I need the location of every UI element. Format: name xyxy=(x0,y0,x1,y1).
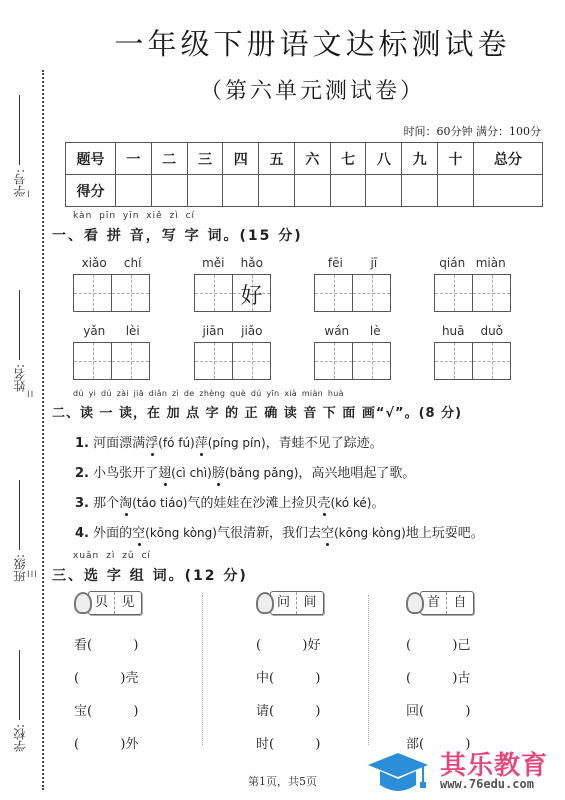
dotted-char: 空 xyxy=(132,526,145,541)
pinyin-options[interactable]: (píng pín) xyxy=(208,436,266,450)
score-header-cell: 七 xyxy=(330,143,366,175)
pinyin-syllable: jiǎo xyxy=(241,324,262,342)
section1-title: 一、看 拼 音，写 字 词。(15 分) xyxy=(52,225,303,245)
choice-char: 问 xyxy=(271,592,297,614)
school-line[interactable] xyxy=(19,650,20,720)
score-cell[interactable] xyxy=(259,175,295,207)
score-header-cell: 六 xyxy=(294,143,330,175)
pinyin-word-box: wánlè xyxy=(314,324,391,380)
pinyin-syllable: yǎn xyxy=(83,324,105,342)
write-cell[interactable] xyxy=(435,275,473,311)
score-row-label: 得分 xyxy=(66,175,116,207)
roman-mark-1: I xyxy=(27,190,31,200)
pinyin-options[interactable]: (kó ké) xyxy=(331,496,372,510)
question-text: 。 xyxy=(371,496,384,511)
question-text: 河面漂满 xyxy=(93,436,145,451)
time-info: 时间：60分钟 满分：100分 xyxy=(404,123,542,139)
name-label: 姓名: xyxy=(11,364,28,392)
fill-item[interactable]: ( )己 xyxy=(406,630,556,661)
write-cell[interactable] xyxy=(112,343,149,379)
student-id-line[interactable] xyxy=(19,95,20,165)
choice-char: 首 xyxy=(421,592,447,614)
question-text: ，高兴地唱起了歌。 xyxy=(298,466,415,481)
section2-pinyin: dú yi dú zài jiā diǎn zì de zhèng què dú… xyxy=(73,389,344,398)
cut-line xyxy=(42,70,44,790)
pinyin-syllable: chí xyxy=(124,256,142,274)
pinyin-word-box: huāduǒ xyxy=(434,324,511,380)
score-header-cell: 总分 xyxy=(473,143,542,175)
question-text: 那个 xyxy=(93,496,119,511)
score-cell[interactable] xyxy=(223,175,259,207)
pinyin-syllable: jiān xyxy=(202,324,224,342)
write-cell[interactable] xyxy=(195,343,233,379)
pinyin-options[interactable]: (bǎng pǎng) xyxy=(225,466,299,480)
lightbulb-icon xyxy=(74,592,92,614)
score-header-cell: 一 xyxy=(116,143,152,175)
pinyin-syllable: lèi xyxy=(126,324,140,342)
cell-char: 好 xyxy=(233,279,270,310)
score-header-cell: 八 xyxy=(366,143,402,175)
dotted-char: 淘 xyxy=(119,496,132,511)
score-cell[interactable] xyxy=(187,175,223,207)
score-cell[interactable] xyxy=(294,175,330,207)
pinyin-syllable: huā xyxy=(442,324,465,342)
choice-chip: 首自 xyxy=(406,590,556,616)
fill-item[interactable]: 中( ) xyxy=(256,663,406,694)
pinyin-syllable: měi xyxy=(202,256,224,274)
pinyin-options[interactable]: (fó fú) xyxy=(158,436,195,450)
school-field[interactable]: 学校: xyxy=(4,650,34,752)
score-cell[interactable] xyxy=(116,175,152,207)
class-line[interactable] xyxy=(19,480,20,550)
column-divider xyxy=(368,595,369,745)
dotted-char: 空 xyxy=(321,526,334,541)
name-field[interactable]: 姓名: xyxy=(4,290,34,392)
word-group: 首自 ( )己 ( )古 回( ) 部( ) xyxy=(406,590,556,760)
column-divider xyxy=(202,595,203,745)
pinyin-word-box: fēijī xyxy=(314,256,391,312)
pinyin-options[interactable]: (táo tiáo) xyxy=(132,496,187,510)
write-cell[interactable] xyxy=(473,343,510,379)
fill-item[interactable]: ( )古 xyxy=(406,663,556,694)
score-header-cell: 十 xyxy=(438,143,474,175)
score-header-cell: 三 xyxy=(187,143,223,175)
pinyin-syllable: fēi xyxy=(328,256,343,274)
choice-char: 见 xyxy=(115,592,141,614)
score-header-cell: 九 xyxy=(402,143,438,175)
question-text: 小鸟张开了 xyxy=(93,466,158,481)
section1-pinyin: kàn pīn yīn xiě zì cí xyxy=(73,211,195,221)
dotted-char: 浮 xyxy=(145,436,158,451)
write-cell[interactable] xyxy=(435,343,473,379)
question-number: 2. xyxy=(75,466,89,481)
binding-strip: 学号: 姓名: 班级: 学校: I II III xyxy=(0,0,48,800)
lightbulb-icon xyxy=(256,592,274,614)
question-number: 3. xyxy=(75,496,89,511)
write-cell[interactable] xyxy=(233,343,270,379)
score-cell[interactable] xyxy=(402,175,438,207)
question-number: 1. xyxy=(75,436,89,451)
write-cell[interactable]: 好 xyxy=(233,275,270,311)
pinyin-options[interactable]: (kōng kòng) xyxy=(334,526,406,540)
pinyin-syllable: miàn xyxy=(476,256,506,274)
class-label: 班级: xyxy=(11,554,28,582)
score-table: 题号 一 二 三 四 五 六 七 八 九 十 总分 得分 xyxy=(65,142,543,207)
choice-chip: 问间 xyxy=(256,590,406,616)
write-cell[interactable] xyxy=(195,275,233,311)
write-cell[interactable] xyxy=(112,275,149,311)
write-cell[interactable] xyxy=(473,275,510,311)
question-text: ，青蛙不见了踪迹。 xyxy=(266,436,383,451)
question-text: 地上玩耍吧。 xyxy=(406,526,484,541)
score-cell[interactable] xyxy=(366,175,402,207)
fill-item[interactable]: 回( ) xyxy=(406,696,556,727)
class-field[interactable]: 班级: xyxy=(4,480,34,582)
name-line[interactable] xyxy=(19,290,20,360)
school-label: 学校: xyxy=(11,724,28,752)
question-text: 外面的 xyxy=(93,526,132,541)
page-title: 一年级下册语文达标测试卷 xyxy=(60,22,565,63)
word-group: 问间 ( )好 中( ) 请( ) 时( ) xyxy=(256,590,406,760)
page-subtitle: （第六单元测试卷） xyxy=(60,74,565,105)
question-item: 3. 那个淘(táo tiáo)气的娃娃在沙滩上捡贝壳(kó ké)。 xyxy=(75,492,384,511)
choice-char: 间 xyxy=(297,592,323,614)
fill-item[interactable]: ( )好 xyxy=(256,630,406,661)
question-item: 4. 外面的空(kōng kòng)气很清新，我们去空(kōng kòng)地上… xyxy=(75,522,484,541)
score-cell[interactable] xyxy=(151,175,187,207)
score-table-header-row: 题号 一 二 三 四 五 六 七 八 九 十 总分 xyxy=(66,143,543,175)
section2-title: 二、读 一 读，在 加 点 字 的 正 确 读 音 下 面 画“√”。(8 分) xyxy=(52,402,462,421)
score-cell[interactable] xyxy=(438,175,474,207)
write-cell[interactable] xyxy=(74,343,112,379)
pinyin-word-box: yǎnlèi xyxy=(73,324,150,380)
write-cell[interactable] xyxy=(74,275,112,311)
write-cell[interactable] xyxy=(315,343,353,379)
write-cell[interactable] xyxy=(353,275,390,311)
pinyin-syllable: xiǎo xyxy=(82,256,107,274)
student-id-field[interactable]: 学号: xyxy=(4,95,34,197)
graduation-cap-icon xyxy=(368,751,428,793)
brand-url[interactable]: www.76edu.com xyxy=(440,777,534,791)
watermark-logo[interactable]: 其乐教育 www.76edu.com xyxy=(368,745,565,797)
pinyin-word-box: xiǎochí xyxy=(73,256,150,312)
question-text: 气很清新，我们去 xyxy=(217,526,321,541)
question-item: 2. 小鸟张开了翅(cì chì)膀(bǎng pǎng)，高兴地唱起了歌。 xyxy=(75,462,415,481)
pinyin-options[interactable]: (kōng kòng) xyxy=(145,526,217,540)
pinyin-syllable: duǒ xyxy=(480,324,503,342)
write-cell[interactable] xyxy=(315,275,353,311)
score-cell[interactable] xyxy=(330,175,366,207)
roman-mark-3: III xyxy=(27,570,38,580)
section3-pinyin: xuǎn zì zǔ cí xyxy=(73,551,151,561)
question-text: 气的娃娃在沙滩上捡贝 xyxy=(187,496,317,511)
score-header-cell: 题号 xyxy=(66,143,116,175)
pinyin-syllable: lè xyxy=(370,324,381,342)
student-id-label: 学号: xyxy=(11,169,28,197)
roman-mark-2: II xyxy=(27,390,34,400)
pinyin-syllable: wán xyxy=(324,324,349,342)
fill-item[interactable]: 请( ) xyxy=(256,696,406,727)
pinyin-options[interactable]: (cì chì) xyxy=(171,466,212,480)
lightbulb-icon xyxy=(406,592,424,614)
question-item: 1. 河面漂满浮(fó fú)萍(píng pín)，青蛙不见了踪迹。 xyxy=(75,432,383,451)
dotted-char: 萍 xyxy=(195,436,208,451)
dotted-char: 翅 xyxy=(158,466,171,481)
dotted-char: 壳 xyxy=(317,496,330,511)
pinyin-syllable: qián xyxy=(439,256,465,274)
score-header-cell: 二 xyxy=(151,143,187,175)
pinyin-word-box: jiānjiǎo xyxy=(194,324,271,380)
score-header-cell: 四 xyxy=(223,143,259,175)
write-cell[interactable] xyxy=(353,343,390,379)
pinyin-syllable: hǎo xyxy=(241,256,263,274)
question-number: 4. xyxy=(75,526,89,541)
score-header-cell: 五 xyxy=(259,143,295,175)
pinyin-syllable: jī xyxy=(370,256,377,274)
section3-title: 三、选 字 组 词。(12 分) xyxy=(52,565,248,585)
score-total-cell[interactable] xyxy=(473,175,542,207)
dotted-char: 膀 xyxy=(212,466,225,481)
score-table-score-row: 得分 xyxy=(66,175,543,207)
choice-char: 自 xyxy=(447,592,473,614)
pinyin-word-box: qiánmiàn xyxy=(434,256,511,312)
choice-char: 贝 xyxy=(89,592,115,614)
pinyin-word-box: měihǎo 好 xyxy=(194,256,271,312)
